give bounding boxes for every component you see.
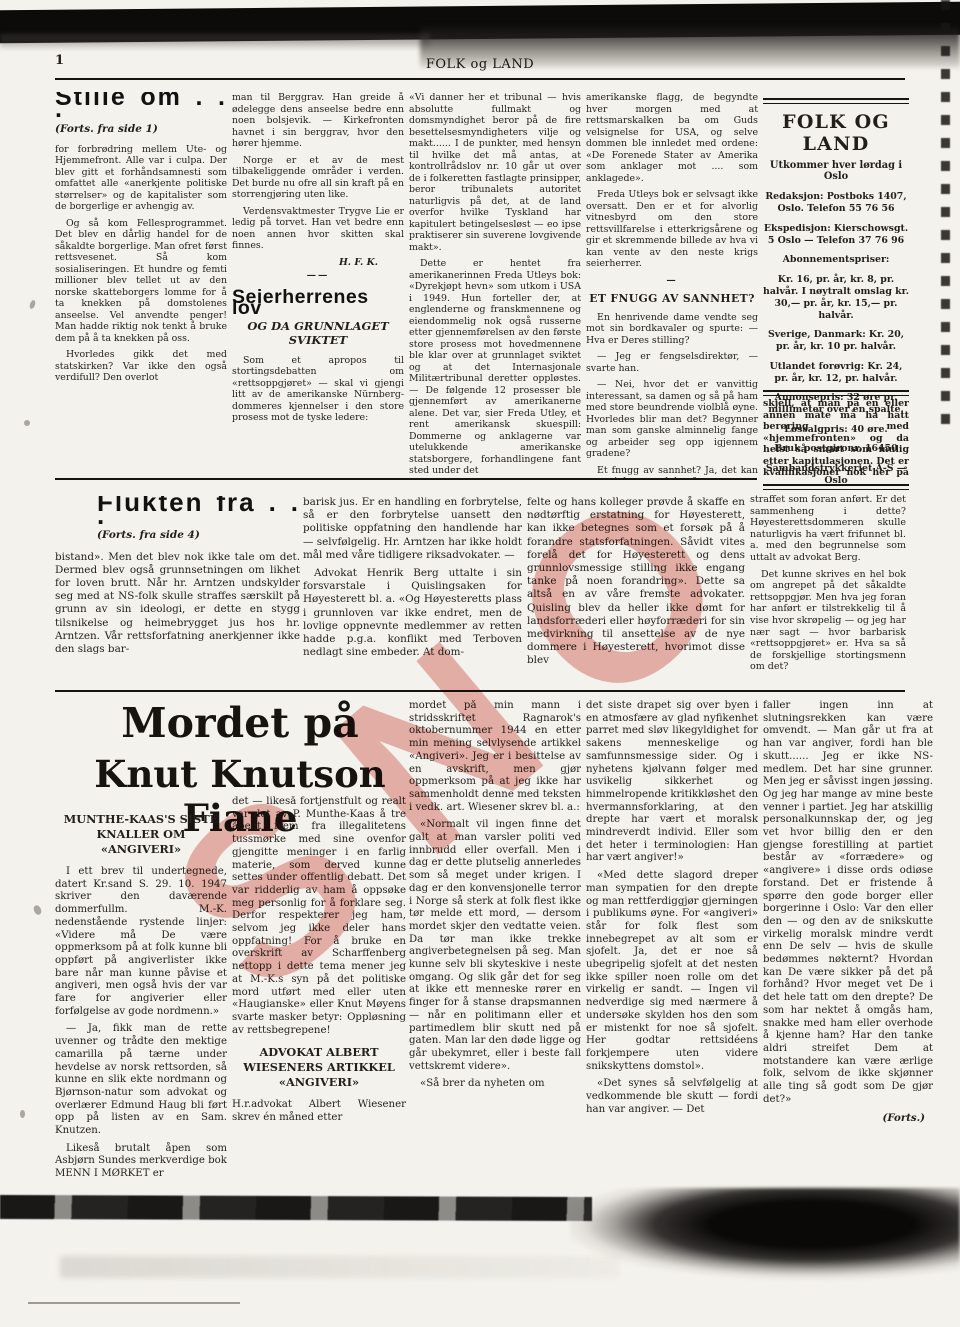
paragraph: felte og hans kolleger prøvde å skaffe e…	[527, 496, 745, 668]
paragraph: — Jeg er fengselsdirektør, — svarte han.	[586, 351, 758, 374]
scan-speck	[32, 904, 43, 916]
article-body-mordet-col3: mordet på min mann i stridsskriftet Ragn…	[409, 700, 581, 1091]
newspaper-page: 1 FOLK og LAND Stille om . . . (Forts. f…	[0, 0, 960, 1327]
paragraph: for forbrødring mellem Ute- og Hjemmefro…	[55, 144, 227, 213]
article-subhead-wiesener: ADVOKAT ALBERT WIESENERS ARTIKKEL «ANGIV…	[232, 1045, 406, 1090]
paragraph: mordet på min mann i stridsskriftet Ragn…	[409, 700, 581, 814]
continuation-marker: (Forts.)	[763, 1112, 933, 1125]
paragraph: det siste drapet sig over byen i en atmo…	[586, 700, 758, 865]
article-body-flukten-colD: straffet som foran anført. Er det sammen…	[750, 494, 906, 673]
article-title-seierherrenes-lov: Seierherrenes lov	[232, 292, 404, 315]
article-continuation-right-column: skjell, at man på en eller annen måte må…	[763, 398, 909, 480]
article-body-seier-col4: amerikanske flagg, de begyndte hver morg…	[586, 92, 758, 270]
scan-speck	[20, 1110, 25, 1118]
paragraph: amerikanske flagg, de begyndte hver morg…	[586, 92, 758, 184]
header-rule	[55, 78, 905, 80]
article-stille-om-col1: Stille om . . . (Forts. fra side 1) for …	[55, 92, 227, 478]
paragraph: det — likeså fortjenstfult og realt var …	[232, 796, 406, 1037]
paragraph: straffet som foran anført. Er det sammen…	[750, 494, 906, 564]
paragraph: barisk jus. Er en handling en forbrytels…	[303, 496, 522, 562]
paragraph: «Med dette slagord dreper man sympatien …	[586, 870, 758, 1073]
scan-speck	[29, 299, 37, 309]
paragraph: man til Berggrav. Han greide å ødelegge …	[232, 92, 404, 150]
article-mordet-col2: det — likeså fortjenstfult og realt var …	[232, 796, 406, 1192]
paragraph: En henrivende dame vendte seg mot sin bo…	[586, 312, 758, 347]
article-subtitle-seierherrenes-lov: OG DA GRUNNLAGET SVIKTET	[232, 319, 404, 347]
article-seier-col4: amerikanske flagg, de begyndte hver morg…	[586, 92, 758, 478]
continuation-note-stille: (Forts. fra side 1)	[55, 124, 227, 136]
scan-artifact-bottom-line	[28, 1302, 240, 1304]
article-body-stille-col2: man til Berggrav. Han greide å ødelegge …	[232, 92, 404, 252]
headline-mordet-line1: Mordet på	[50, 700, 430, 746]
scan-speck	[24, 420, 30, 426]
article-body-flukten-colA: bistand». Men det blev nok ikke tale om …	[55, 551, 300, 657]
running-head: FOLK og LAND	[0, 57, 960, 72]
article-signature: H. F. K.	[232, 257, 404, 269]
paragraph: Utlandet forøvrig: Kr. 24, pr. år, kr. 1…	[763, 361, 909, 385]
paragraph: Et fnugg av sannhet? Ja, det kan man si,…	[586, 465, 758, 479]
article-flukten-colC: felte og hans kolleger prøvde å skaffe e…	[527, 496, 745, 688]
paragraph: «Normalt vil ingen finne det galt at man…	[409, 819, 581, 1073]
article-flukten-colB: barisk jus. Er en handling en forbrytels…	[303, 496, 522, 688]
article-mordet-col1: MUNTHE-KAAS'S SISTE KNALLER OM «ANGIVERI…	[55, 812, 227, 1190]
paragraph: Dette er hentet fra amerikanerinnen Fred…	[409, 258, 581, 477]
article-seier-col3: «Vi danner her et tribunal — hvis absolu…	[409, 92, 581, 478]
paragraph: «Så brer da nyheten om	[409, 1078, 581, 1091]
paragraph: «Vi danner her et tribunal — hvis absolu…	[409, 92, 581, 253]
article-flukten-colA: Flukten fra . . . (Forts. fra side 4) bi…	[55, 496, 300, 688]
paragraph: faller ingen inn at slutningsrekken kan …	[763, 700, 933, 1107]
article-body-mordet-col2: det — likeså fortjenstfult og realt var …	[232, 796, 406, 1037]
section-divider: ——	[232, 270, 404, 282]
scan-artifact-bottom-smear	[60, 1256, 620, 1278]
article-title-et-fnugg-av-sannhet: ET FNUGG AV SANNHET?	[586, 293, 758, 305]
article-body-seier-intro: Som et apropos til stortingsdebatten om …	[232, 355, 404, 424]
paragraph: I ett brev til undertegnede, datert Kr.s…	[55, 866, 227, 1018]
paragraph: bistand». Men det blev nok ikke tale om …	[55, 551, 300, 657]
paragraph: Advokat Henrik Berg uttalte i sin forsva…	[303, 567, 522, 659]
paragraph: Ekspedisjon: Kierschowsgt. 5 Oslo — Tele…	[763, 223, 909, 247]
article-stille-om-col2: man til Berggrav. Han greide å ødelegge …	[232, 92, 404, 478]
article-body-flukten-colC: felte og hans kolleger prøvde å skaffe e…	[527, 496, 745, 668]
paragraph: — Nei, hvor det er vanvittig interessant…	[586, 379, 758, 460]
row2-bottom-rule	[55, 690, 905, 692]
section-divider: —	[586, 275, 758, 287]
article-mordet-col5: faller ingen inn at slutningsrekken kan …	[763, 700, 933, 1180]
paragraph: Abonnementspriser:	[763, 254, 909, 266]
continuation-note-flukten: (Forts. fra side 4)	[55, 529, 300, 542]
paragraph: Norge er et av de mest tilbakeliggende o…	[232, 155, 404, 201]
paragraph: Det kunne skrives en hel bok om angrepet…	[750, 569, 906, 673]
paragraph: Hvorledes gikk det med statskirken? Var …	[55, 349, 227, 384]
masthead-tagline: Utkommer hver lørdag i Oslo	[763, 160, 909, 182]
right-column-divider-rule	[763, 484, 909, 490]
paragraph: H.r.advokat Albert Wiesener skrev én mån…	[232, 1099, 406, 1124]
article-body-stille-col1: for forbrødring mellem Ute- og Hjemmefro…	[55, 144, 227, 384]
article-mordet-col3: mordet på min mann i stridsskriftet Ragn…	[409, 700, 581, 1180]
article-body-continuation: skjell, at man på en eller annen måte må…	[763, 398, 909, 480]
scan-artifact-bottom-blob	[570, 1188, 960, 1292]
paragraph: Og så kom Fellesprogrammet. Det blev en …	[55, 218, 227, 345]
article-body-mordet-col4: det siste drapet sig over byen i en atmo…	[586, 700, 758, 1117]
paragraph: «Det synes så selvfølgelig at vedkommend…	[586, 1078, 758, 1116]
article-flukten-colD: straffet som foran anført. Er det sammen…	[750, 494, 906, 688]
paragraph: Kr. 16, pr. år, kr. 8, pr. halvår. I nøy…	[763, 274, 909, 322]
article-mordet-col4: det siste drapet sig over byen i en atmo…	[586, 700, 758, 1180]
scan-artifact-top-band-left	[0, 34, 430, 49]
article-title-stille-om: Stille om . . .	[55, 92, 227, 115]
paragraph: Likeså brutalt åpen som Asbjørn Sundes m…	[55, 1143, 227, 1181]
masthead-bottom-rule	[763, 390, 909, 396]
article-subhead-munthe-kaas: MUNTHE-KAAS'S SISTE KNALLER OM «ANGIVERI…	[55, 812, 227, 857]
article-title-flukten-fra: Flukten fra . . .	[55, 496, 300, 522]
paragraph: Som et apropos til stortingsdebatten om …	[232, 355, 404, 424]
article-body-fnugg: En henrivende dame vendte seg mot sin bo…	[586, 312, 758, 479]
masthead-title: FOLK OG LAND	[763, 111, 909, 155]
article-body-flukten-colB: barisk jus. Er en handling en forbrytels…	[303, 496, 522, 659]
scan-artifact-bottom-band	[0, 1195, 592, 1221]
paragraph: Redaksjon: Postboks 1407, Oslo. Telefon …	[763, 191, 909, 215]
article-body-mordet-col5: faller ingen inn at slutningsrekken kan …	[763, 700, 933, 1107]
paragraph: — Ja, fikk man de rette uvenner og trådt…	[55, 1023, 227, 1137]
paragraph: Verdensvaktmester Trygve Lie er ledig på…	[232, 206, 404, 252]
paragraph: Sverige, Danmark: Kr. 20, pr. år, kr. 10…	[763, 329, 909, 353]
article-body-mordet-col1: I ett brev til undertegnede, datert Kr.s…	[55, 866, 227, 1181]
paragraph: skjell, at man på en eller annen måte må…	[763, 398, 909, 480]
article-body-mordet-col2b: H.r.advokat Albert Wiesener skrev én mån…	[232, 1099, 406, 1124]
paragraph: Freda Utleys bok er selvsagt ikke oversa…	[586, 189, 758, 270]
article-body-seier-quote: «Vi danner her et tribunal — hvis absolu…	[409, 92, 581, 477]
row1-bottom-rule	[55, 478, 757, 480]
